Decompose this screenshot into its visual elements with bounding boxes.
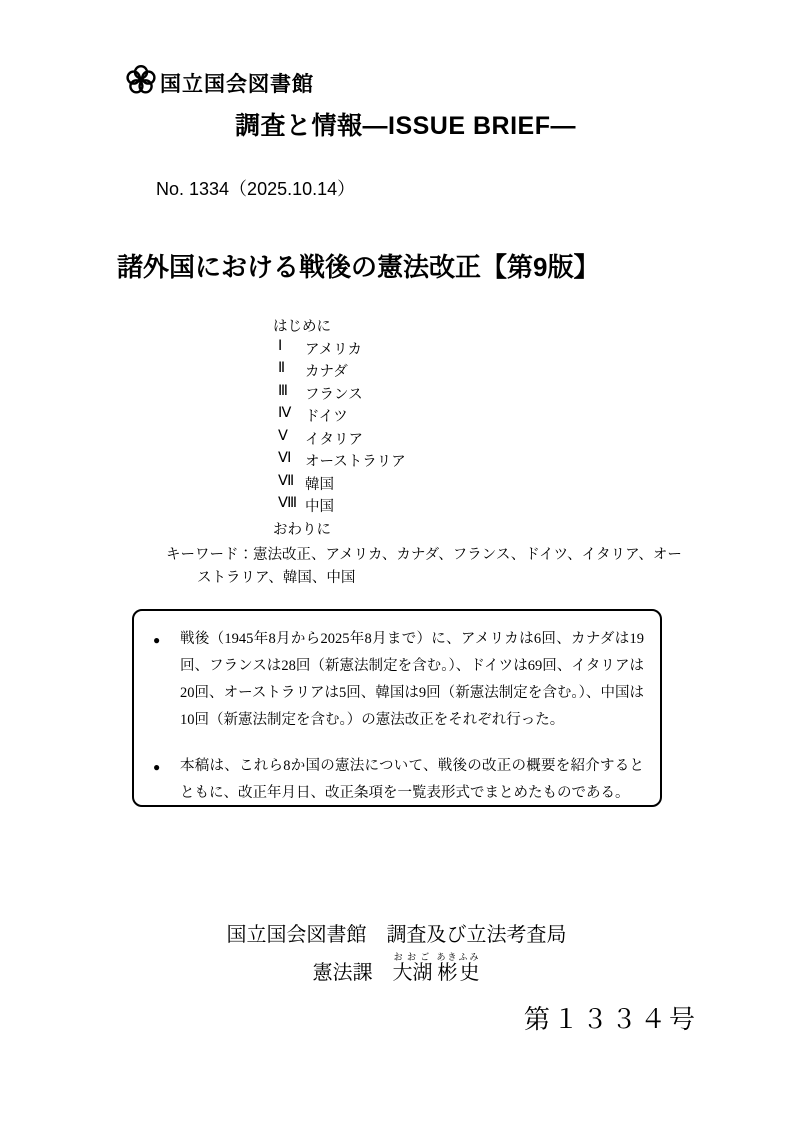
toc-label: おわりに (273, 518, 331, 539)
toc-item: Ⅱカナダ (273, 360, 406, 383)
keywords-line-2: ストラリア、韓国、中国 (197, 566, 355, 587)
toc-item: Ⅵオーストラリア (273, 450, 406, 473)
toc-item: Ⅶ韓国 (273, 473, 406, 496)
spacer (372, 962, 392, 984)
toc-list: はじめにⅠアメリカⅡカナダⅢフランスⅣドイツⅤイタリアⅥオーストラリアⅦ韓国Ⅷ中… (273, 315, 406, 540)
affiliation: 国立国会図書館 調査及び立法考査局 (0, 918, 793, 947)
summary-bullet: ●戦後（1945年8月から2025年8月まで）に、アメリカは6回、カナダは19回… (152, 626, 644, 734)
toc-label: アメリカ (305, 338, 362, 359)
toc-numeral: Ⅰ (273, 338, 305, 355)
author-surname: 大湖おおご (392, 962, 432, 984)
issue-label: 第１３３４号 (524, 999, 698, 1036)
ndl-flower-logo-icon (125, 64, 157, 101)
department: 憲法課 (312, 962, 372, 984)
author-credit: 国立国会図書館 調査及び立法考査局 憲法課 大湖おおご 彬史あきふみ (0, 918, 793, 985)
toc-numeral: Ⅴ (273, 428, 305, 445)
series-title: 調査と情報―ISSUE BRIEF― (235, 106, 576, 142)
toc-numeral: Ⅷ (273, 495, 305, 512)
page-title: 諸外国における戦後の憲法改正【第9版】 (117, 247, 599, 284)
toc-label: フランス (305, 383, 363, 404)
toc-item: Ⅴイタリア (273, 428, 406, 451)
issue-brief-cover-page: 国立国会図書館 調査と情報―ISSUE BRIEF― No. 1334（2025… (0, 0, 793, 1122)
toc-label: カナダ (305, 360, 348, 381)
toc-label: 韓国 (305, 473, 334, 494)
bullet-icon: ● (153, 627, 160, 654)
toc-numeral: Ⅵ (273, 450, 305, 467)
toc-item: Ⅰアメリカ (273, 338, 406, 361)
author-line: 憲法課 大湖おおご 彬史あきふみ (0, 952, 793, 985)
toc-label: オーストラリア (305, 450, 406, 471)
toc-label: はじめに (273, 315, 331, 336)
toc-label: イタリア (305, 428, 363, 449)
brand-row: 国立国会図書館 (125, 64, 314, 101)
toc-item: Ⅲフランス (273, 383, 406, 406)
organization-name: 国立国会図書館 (160, 68, 314, 98)
toc-item: はじめに (273, 315, 406, 338)
toc-item: Ⅳドイツ (273, 405, 406, 428)
toc-item: おわりに (273, 518, 406, 541)
author-givenname: 彬史あきふみ (437, 962, 480, 984)
bullet-text: 戦後（1945年8月から2025年8月まで）に、アメリカは6回、カナダは19回、… (180, 631, 644, 728)
keywords-line-1: キーワード：憲法改正、アメリカ、カナダ、フランス、ドイツ、イタリア、オー (166, 543, 682, 564)
toc-numeral: Ⅲ (273, 383, 305, 400)
summary-box: ●戦後（1945年8月から2025年8月まで）に、アメリカは6回、カナダは19回… (132, 609, 662, 807)
toc-numeral: Ⅱ (273, 360, 305, 377)
toc-item: Ⅷ中国 (273, 495, 406, 518)
toc-label: ドイツ (305, 405, 348, 426)
toc-numeral: Ⅶ (273, 473, 305, 490)
bullet-text: 本稿は、これら8か国の憲法について、戦後の改正の概要を紹介するとともに、改正年月… (180, 758, 644, 801)
bullet-icon: ● (153, 754, 160, 781)
toc-label: 中国 (305, 495, 334, 516)
toc-numeral: Ⅳ (273, 405, 305, 422)
summary-bullet: ●本稿は、これら8か国の憲法について、戦後の改正の概要を紹介するとともに、改正年… (152, 753, 644, 807)
issue-number-line: No. 1334（2025.10.14） (156, 175, 355, 201)
